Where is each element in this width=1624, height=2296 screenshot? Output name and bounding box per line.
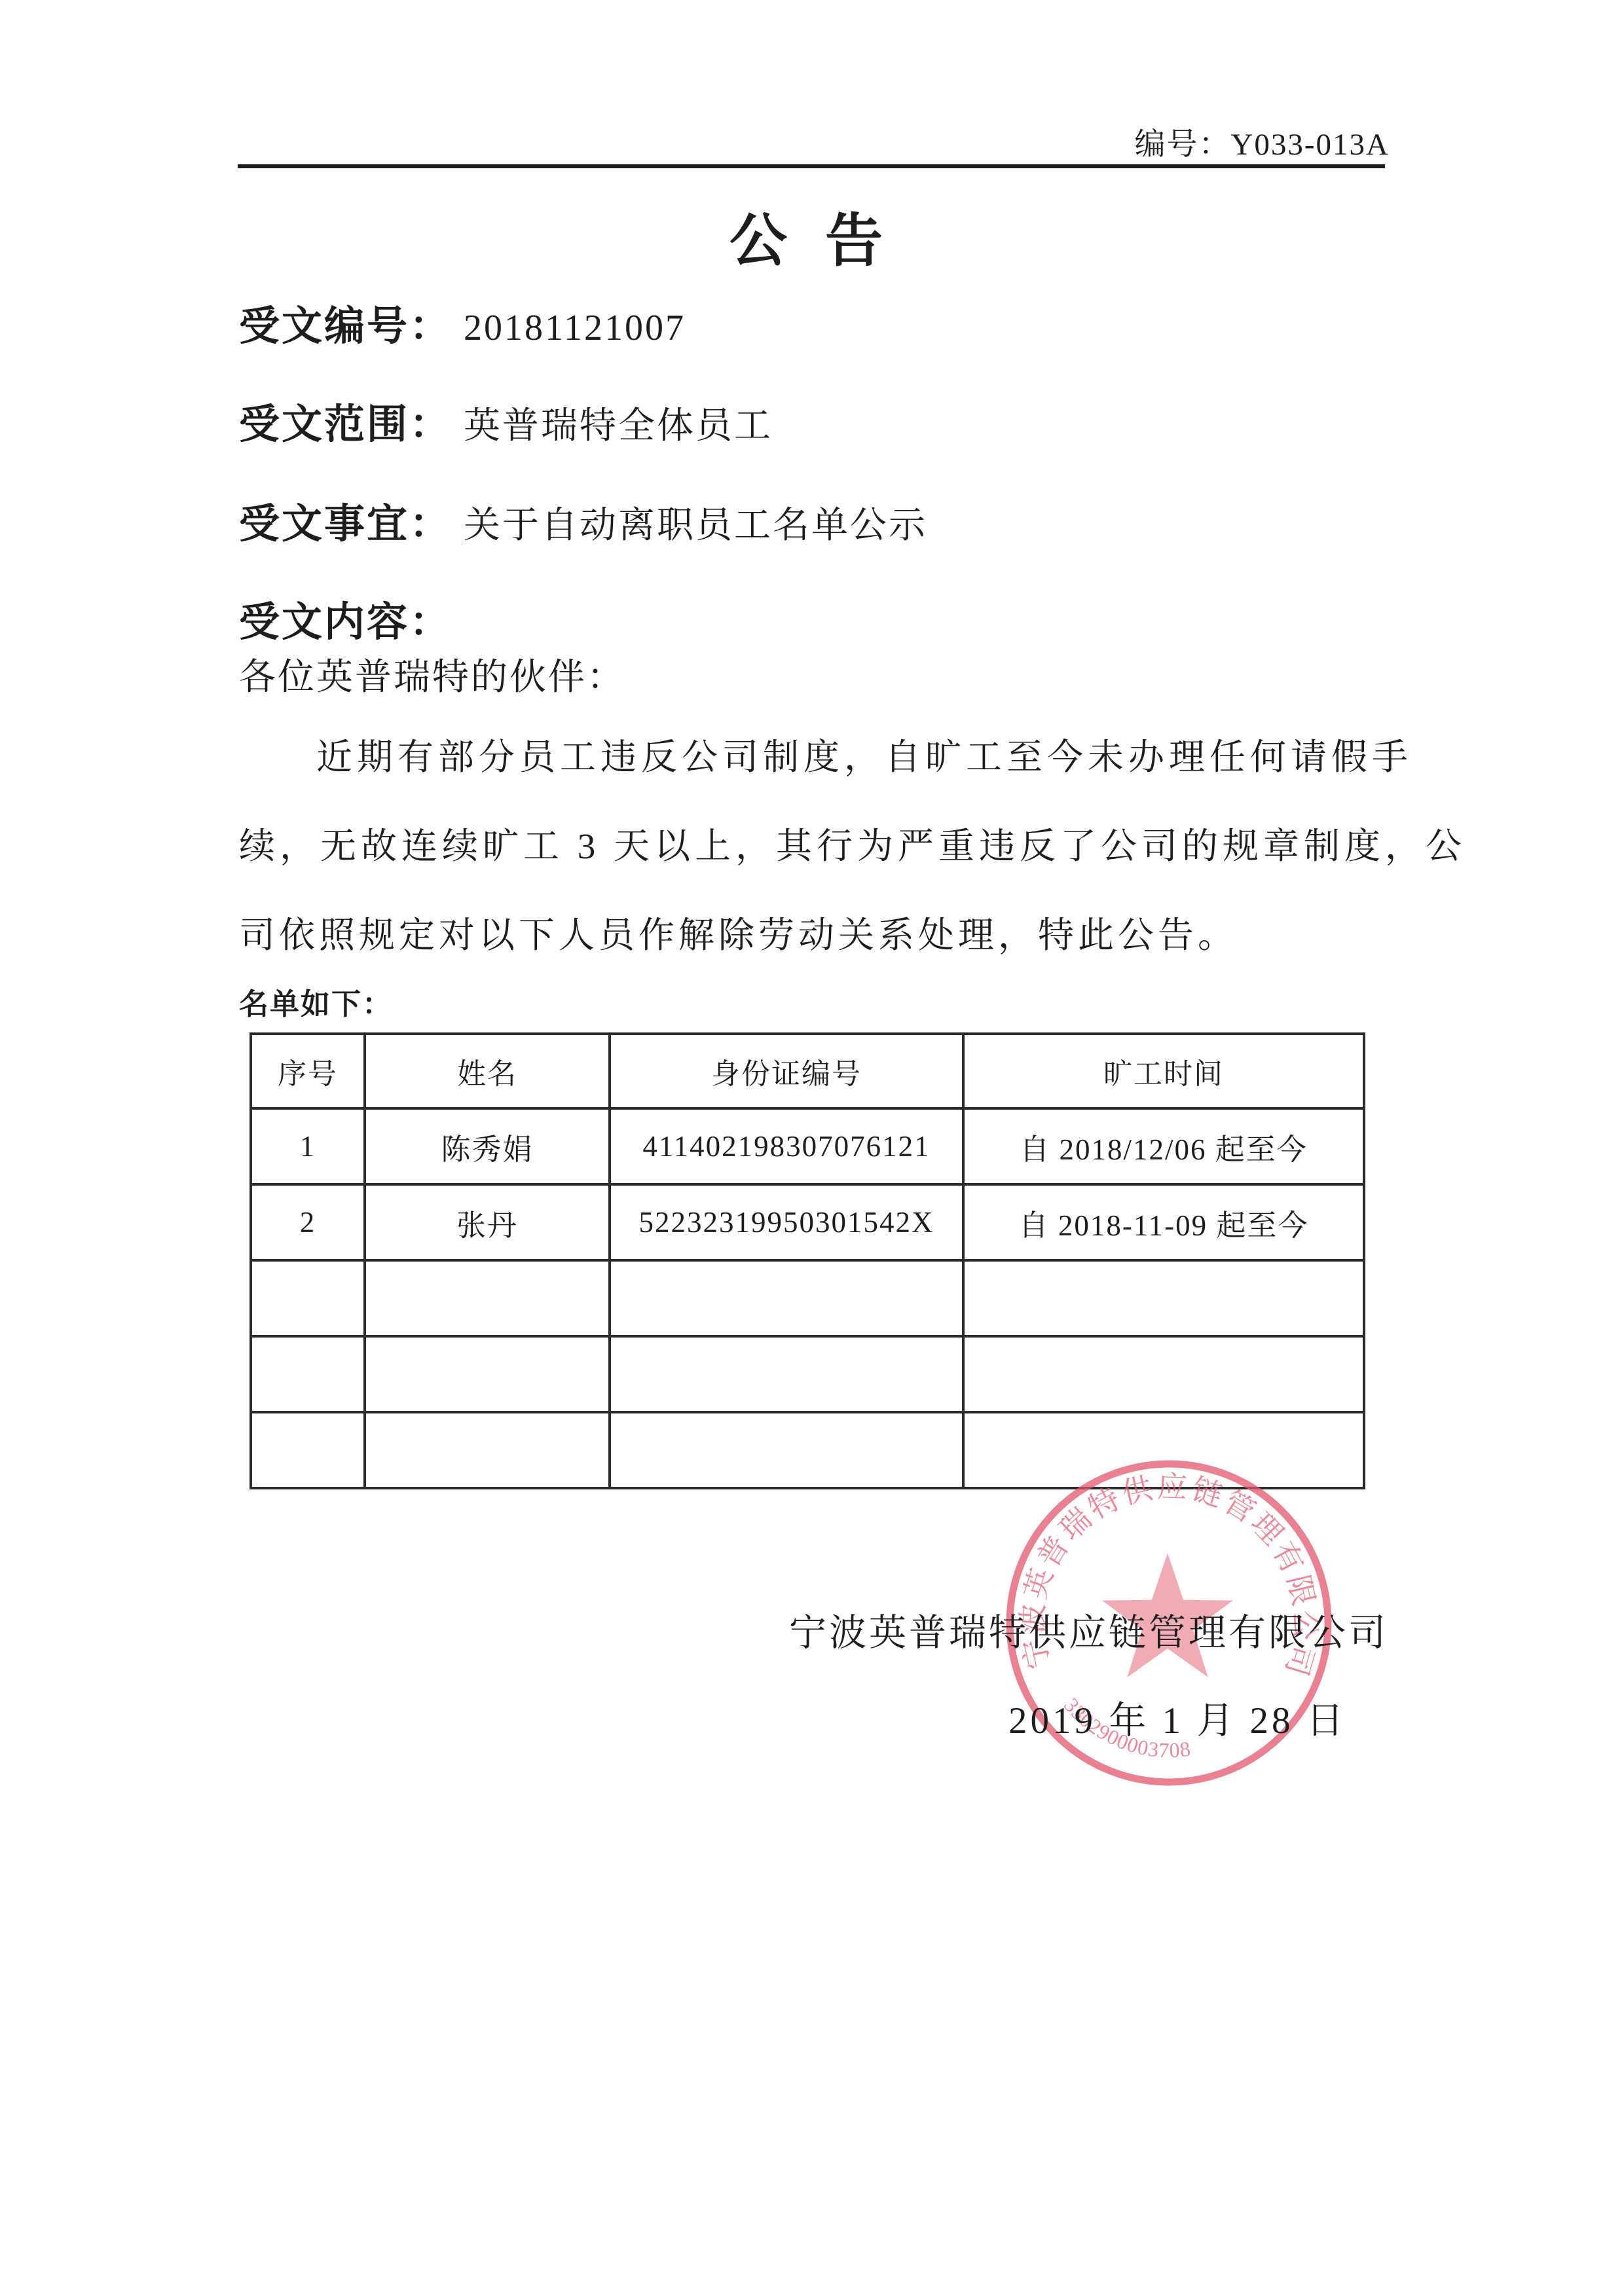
field-doc-content-label: 受文内容： [239, 600, 452, 645]
field-doc-scope-label: 受文范围： [239, 402, 452, 447]
table-header-row: 序号 姓名 身份证编号 旷工时间 [251, 1034, 1364, 1108]
cell-id: 411402198307076121 [610, 1108, 963, 1184]
cell-name [365, 1412, 610, 1488]
field-doc-number-value: 20181121007 [464, 308, 686, 348]
cell-id: 52232319950301542X [610, 1184, 963, 1260]
body-line-2: 续，无故连续旷工 3 天以上，其行为严重违反了公司的规章制度，公 [239, 817, 1392, 869]
cell-name: 陈秀娟 [365, 1108, 610, 1184]
table-row-empty [251, 1336, 1364, 1412]
document-code: 编号：Y033-013A [1134, 120, 1390, 164]
cell-id [610, 1260, 963, 1336]
body-line-3: 司依照规定对以下人员作解除劳动关系处理，特此公告。 [239, 906, 1392, 958]
cell-index [251, 1412, 365, 1488]
col-header-index: 序号 [251, 1034, 365, 1108]
field-doc-subject-value: 关于自动离职员工名单公示 [464, 505, 927, 546]
field-doc-number: 受文编号： 20181121007 [239, 293, 686, 352]
cell-absence [963, 1260, 1364, 1336]
page-title: 公 告 [0, 195, 1624, 278]
field-doc-scope-value: 英普瑞特全体员工 [464, 406, 773, 446]
cell-name: 张丹 [365, 1184, 610, 1260]
body-line-1: 近期有部分员工违反公司制度，自旷工至今未办理任何请假手 [239, 728, 1469, 780]
header-divider [238, 164, 1385, 168]
field-doc-subject: 受文事宜： 关于自动离职员工名单公示 [239, 491, 927, 549]
cell-name [365, 1336, 610, 1412]
col-header-absence: 旷工时间 [963, 1034, 1364, 1108]
cell-name [365, 1260, 610, 1336]
cell-id [610, 1336, 963, 1412]
table-row: 1 陈秀娟 411402198307076121 自 2018/12/06 起至… [251, 1108, 1364, 1184]
field-doc-number-label: 受文编号： [239, 304, 452, 349]
table-row: 2 张丹 52232319950301542X 自 2018-11-09 起至今 [251, 1184, 1364, 1260]
table-row-empty [251, 1260, 1364, 1336]
field-doc-subject-label: 受文事宜： [239, 501, 452, 547]
signature-date: 2019 年 1 月 28 日 [1008, 1690, 1347, 1744]
dismissed-employees-table: 序号 姓名 身份证编号 旷工时间 1 陈秀娟 41140219830707612… [249, 1032, 1365, 1489]
cell-index [251, 1336, 365, 1412]
announcement-document: 编号：Y033-013A 公 告 受文编号： 20181121007 受文范围：… [0, 0, 1624, 2296]
document-code-value: Y033-013A [1230, 128, 1390, 162]
cell-id [610, 1412, 963, 1488]
cell-absence [963, 1336, 1364, 1412]
signature-company-name: 宁波英普瑞特供应链管理有限公司 [789, 1603, 1388, 1656]
list-intro: 名单如下： [239, 980, 393, 1023]
document-code-label: 编号： [1134, 128, 1230, 162]
col-header-id: 身份证编号 [610, 1034, 963, 1108]
cell-index: 2 [251, 1184, 365, 1260]
field-doc-content: 受文内容： [239, 589, 461, 647]
cell-index: 1 [251, 1108, 365, 1184]
cell-absence: 自 2018-11-09 起至今 [963, 1184, 1364, 1260]
cell-index [251, 1260, 365, 1336]
col-header-name: 姓名 [365, 1034, 610, 1108]
cell-absence: 自 2018/12/06 起至今 [963, 1108, 1364, 1184]
field-doc-scope: 受文范围： 英普瑞特全体员工 [239, 392, 773, 450]
salutation: 各位英普瑞特的伙伴： [239, 648, 625, 701]
